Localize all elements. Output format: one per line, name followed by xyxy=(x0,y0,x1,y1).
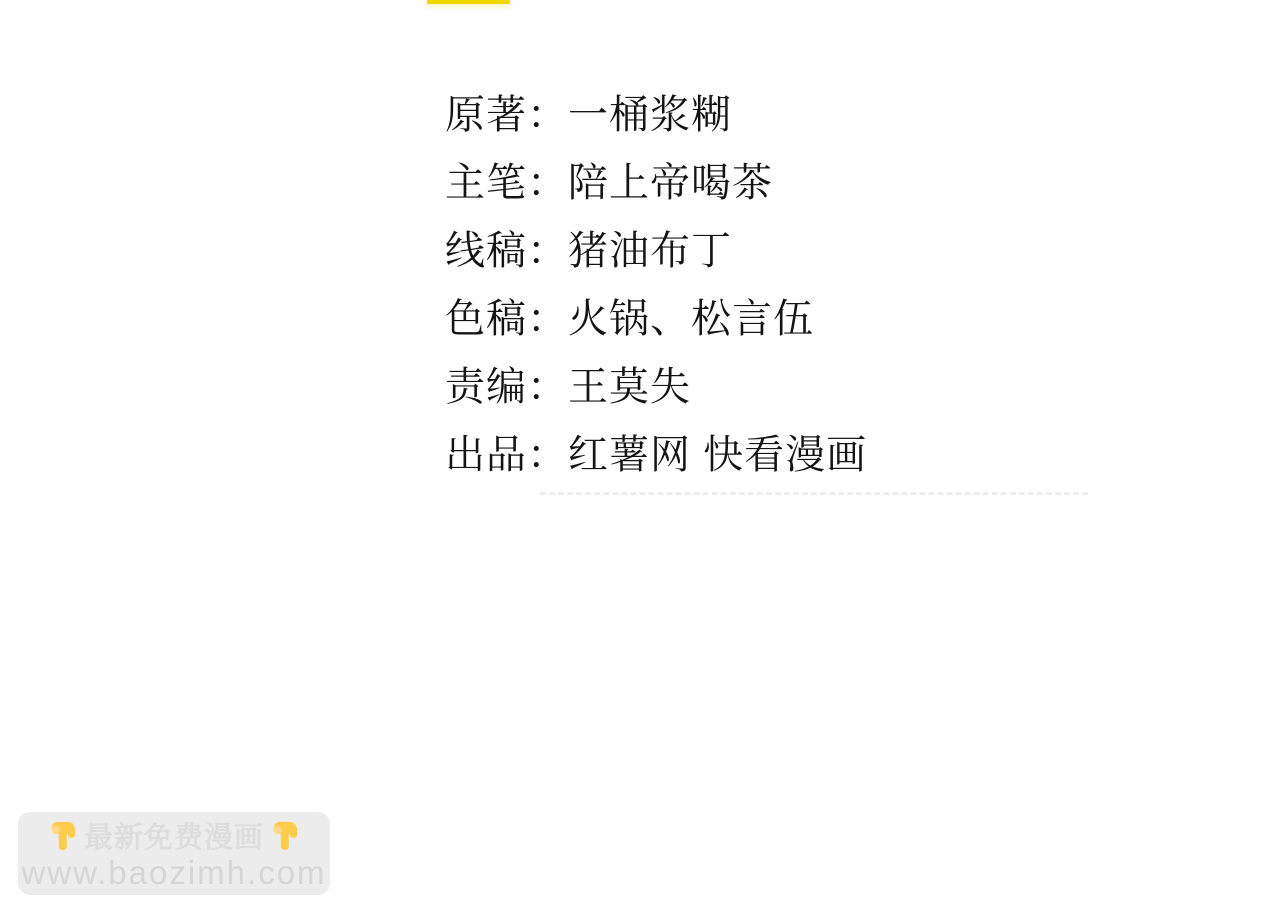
credit-line-editor: 责编：王莫失 xyxy=(445,353,867,421)
credit-line-lead-artist: 主笔：陪上帝喝茶 xyxy=(445,149,867,217)
credit-line-coloring: 色稿：火锅、松言伍 xyxy=(445,285,867,353)
credit-line-original-work: 原著：一桶浆糊 xyxy=(445,81,867,149)
yellow-highlight-bar xyxy=(427,0,510,4)
faint-dashed-divider xyxy=(540,492,1088,495)
pointing-down-icon xyxy=(268,819,302,853)
credit-line-producer: 出品：红薯网 快看漫画 xyxy=(445,421,867,489)
watermark-badge: 最新免费漫画 www.baozimh.com xyxy=(18,812,330,895)
comic-credits-page: 原著：一桶浆糊 主笔：陪上帝喝茶 线稿：猪油布丁 色稿：火锅、松言伍 责编：王莫… xyxy=(0,0,1280,920)
watermark-url-text: www.baozimh.com xyxy=(21,855,326,891)
credits-block: 原著：一桶浆糊 主笔：陪上帝喝茶 线稿：猪油布丁 色稿：火锅、松言伍 责编：王莫… xyxy=(445,81,867,489)
watermark-title-text: 最新免费漫画 xyxy=(84,815,264,856)
credit-line-line-art: 线稿：猪油布丁 xyxy=(445,217,867,285)
watermark-title-row: 最新免费漫画 xyxy=(46,817,302,855)
pointing-down-icon xyxy=(46,819,80,853)
